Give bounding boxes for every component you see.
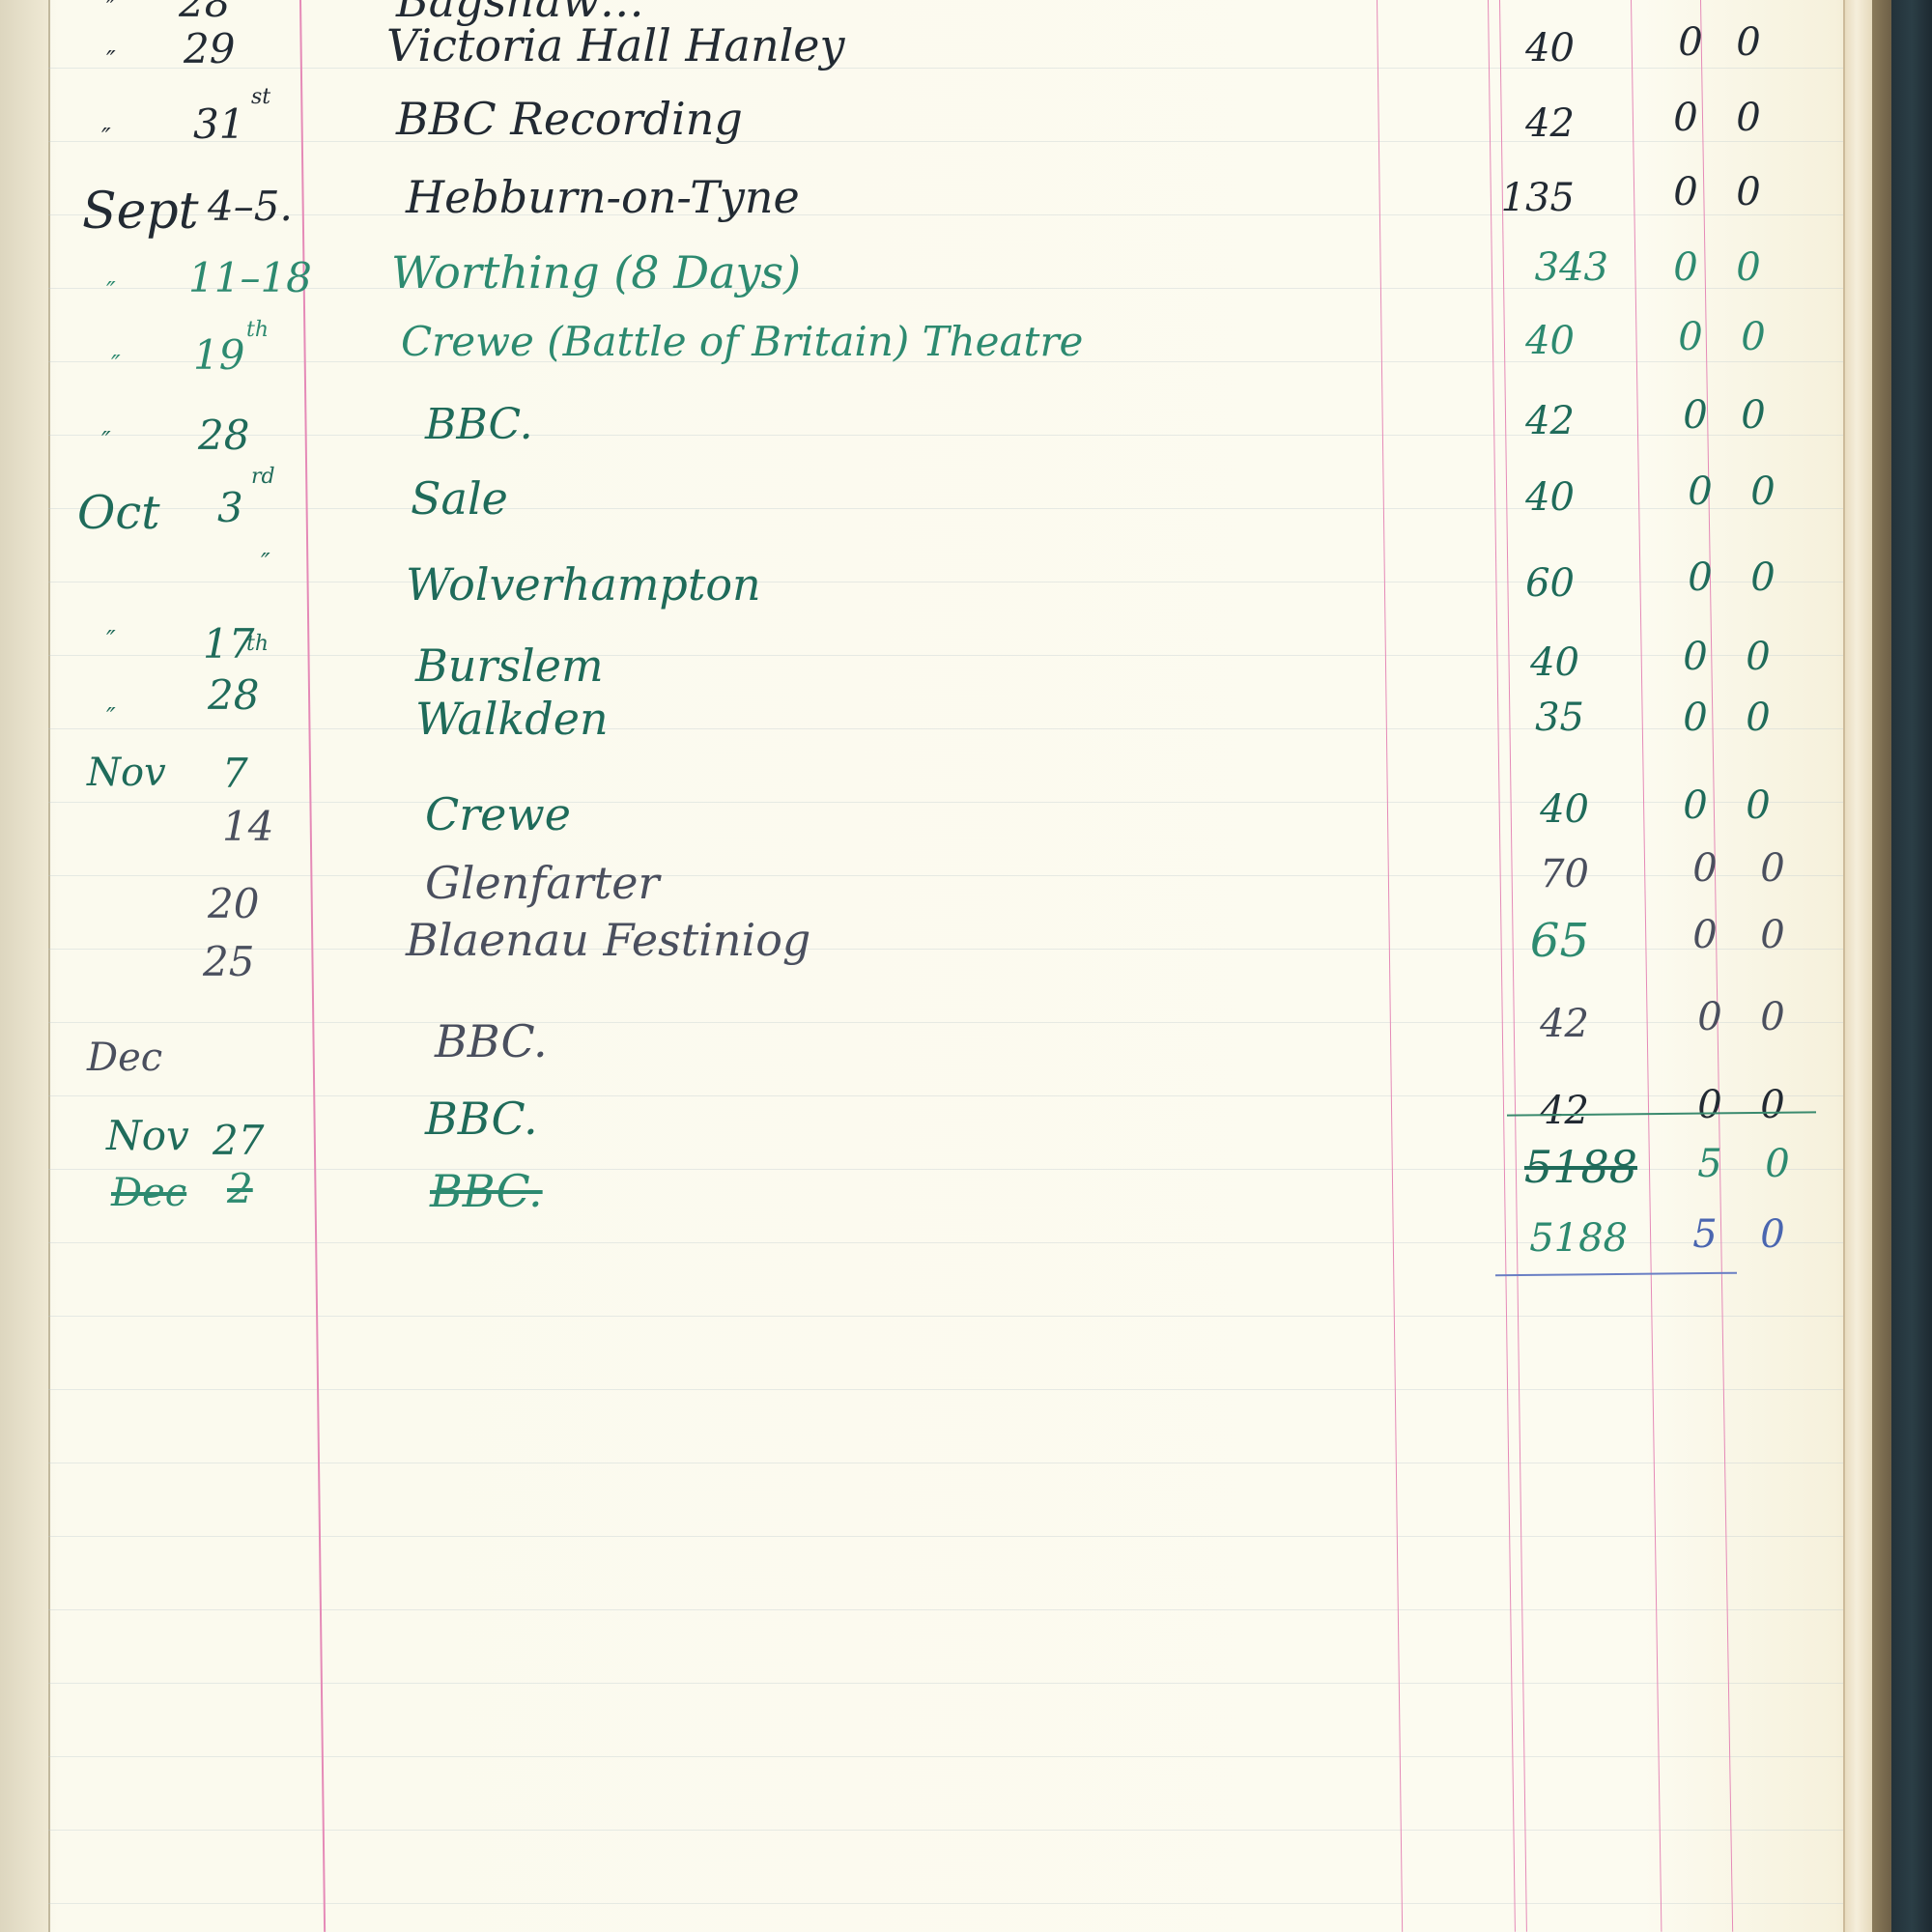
amount-pence: 0 [1724,99,1773,137]
ditto-mark: ″ [106,48,116,73]
page-fold [1843,0,1876,1932]
amount-shillings: 0 [1676,558,1724,597]
entry-day: 25 [203,942,254,982]
entry-month: Nov [87,753,166,792]
entry-place: Wolverhampton [406,562,761,607]
amount-pence: 0 [1729,396,1777,435]
page-left-edge [0,0,50,1932]
entry-place: Victoria Hall Hanley [386,23,845,68]
amount-pence: 0 [1729,318,1777,356]
entry-day: 4–5. [208,186,293,227]
amount-pounds: 60 [1507,564,1575,603]
entry-month: Dec [87,1038,162,1077]
entry-day: 3 [217,488,243,528]
subtotal-pence: 0 [1753,1145,1802,1183]
amount-pence: 0 [1748,916,1797,954]
amount-shillings: 0 [1662,99,1710,137]
amount-pence: 0 [1734,698,1782,737]
pence-rule [1700,0,1733,1932]
entry-day: 20 [208,884,259,924]
ruled-line [48,1903,1845,1904]
entry-place: Worthing (8 Days) [391,250,801,295]
amount-pounds: 40 [1507,29,1575,68]
ditto-mark: ″ [111,353,121,378]
amount-shillings: 0 [1686,1086,1734,1124]
entry-month: Sept [82,186,199,237]
amount-pence: 0 [1739,558,1787,597]
entry-day: 7 [222,753,248,794]
entry-place: Walkden [415,696,609,741]
entry-day: 28 [198,415,249,456]
ditto-mark: ″ [261,551,270,576]
entry-month: Oct [77,490,160,536]
entry-day: 27 [213,1121,264,1161]
amount-pence: 0 [1748,849,1797,888]
entry-place: BBC. [425,404,533,446]
amount-shillings: 0 [1662,173,1710,212]
ditto-mark: ″ [106,705,116,730]
entry-day-suffix: rd [251,467,275,488]
amount-pence: 0 [1748,1086,1797,1124]
entry-day-suffix: th [246,634,269,655]
entry-place: BBC Recording [396,97,743,141]
entry-place: Sale [411,476,508,521]
amount-pounds: 343 [1517,248,1608,287]
struck-month: Dec [111,1174,186,1212]
struck-place: BBC. [430,1169,543,1213]
amount-shillings: 0 [1671,638,1719,676]
amount-pounds: 42 [1507,104,1575,143]
amount-shillings: 0 [1686,998,1734,1037]
ruled-line [48,68,1845,69]
entry-day: 14 [222,807,273,847]
entry-day: 29 [184,29,235,70]
entry-place: BBC. [435,1019,548,1064]
ditto-mark: ″ [106,628,116,653]
entry-day-suffix: th [246,320,269,341]
entry-place: Glenfarter [425,861,659,905]
total-pounds: 5188 [1492,1219,1628,1258]
amount-pounds: 42 [1521,1005,1589,1043]
ditto-mark: ″ [106,279,116,304]
amount-shillings: 0 [1681,849,1729,888]
book-board-edge [1872,0,1891,1932]
ruled-line [48,435,1845,436]
amount-pounds: 70 [1521,855,1589,894]
amount-pounds: 42 [1521,1092,1589,1130]
amount-pounds: 40 [1507,478,1575,517]
amount-pounds: 40 [1507,322,1575,360]
amount-pounds: 40 [1512,643,1579,682]
amount-pence: 0 [1734,638,1782,676]
ruled-line [48,508,1845,509]
amount-pounds: 65 [1521,918,1589,964]
amount-pence: 0 [1734,786,1782,825]
amount-pounds: 42 [1507,402,1575,440]
amount-shillings: 0 [1662,248,1710,287]
amount-shillings: 0 [1676,472,1724,511]
amount-shillings: 0 [1671,698,1719,737]
amount-pounds: 135 [1483,179,1575,217]
ruled-line [48,141,1845,142]
entry-place: BBC. [425,1096,538,1141]
entry-place: Blaenau Festiniog [406,918,810,962]
ruled-line [48,1830,1845,1831]
entry-month: Nov [106,1116,189,1156]
amount-shillings: 0 [1671,786,1719,825]
entry-place: Crewe (Battle of Britain) Theatre [401,322,1083,362]
book-cover [1891,0,1932,1932]
ruled-line [48,1756,1845,1757]
total-pence: 0 [1748,1215,1797,1254]
amount-pence: 0 [1724,173,1773,212]
entry-place: Burslem [415,643,604,688]
ruled-line [48,1609,1845,1610]
struck-day: 2 [227,1169,253,1209]
ruled-line [48,582,1845,582]
amount-shillings: 0 [1666,23,1715,62]
column-rule-left [1377,0,1403,1932]
ruled-line [48,214,1845,215]
entry-day: 28 [179,0,230,23]
entry-day-suffix: st [251,87,270,108]
pounds-rule-b [1499,0,1527,1932]
amount-pence: 0 [1748,998,1797,1037]
entry-day: 31 [193,104,244,145]
amount-pence: 0 [1739,472,1787,511]
ditto-mark: ″ [101,126,111,151]
entry-day: 28 [208,675,259,716]
total-shillings: 5 [1681,1215,1729,1254]
entry-day: 11–18 [188,258,312,298]
amount-shillings: 0 [1681,916,1729,954]
ruled-line [48,1683,1845,1684]
amount-shillings: 0 [1671,396,1719,435]
entry-day: 19 [193,335,244,376]
amount-pounds: 35 [1517,698,1584,737]
subtotal-pounds: 5188 [1492,1145,1637,1189]
pounds-rule-a [1488,0,1516,1932]
ditto-mark: ″ [101,429,111,454]
entry-place: Crewe [425,792,571,837]
ditto-mark: ″ [106,0,116,21]
entry-place: Hebburn-on-Tyne [406,175,800,219]
amount-pence: 0 [1724,248,1773,287]
amount-pounds: 40 [1521,790,1589,829]
subtotal-shillings: 5 [1686,1145,1734,1183]
shillings-rule [1631,0,1662,1932]
amount-pence: 0 [1724,23,1773,62]
amount-shillings: 0 [1666,318,1715,356]
